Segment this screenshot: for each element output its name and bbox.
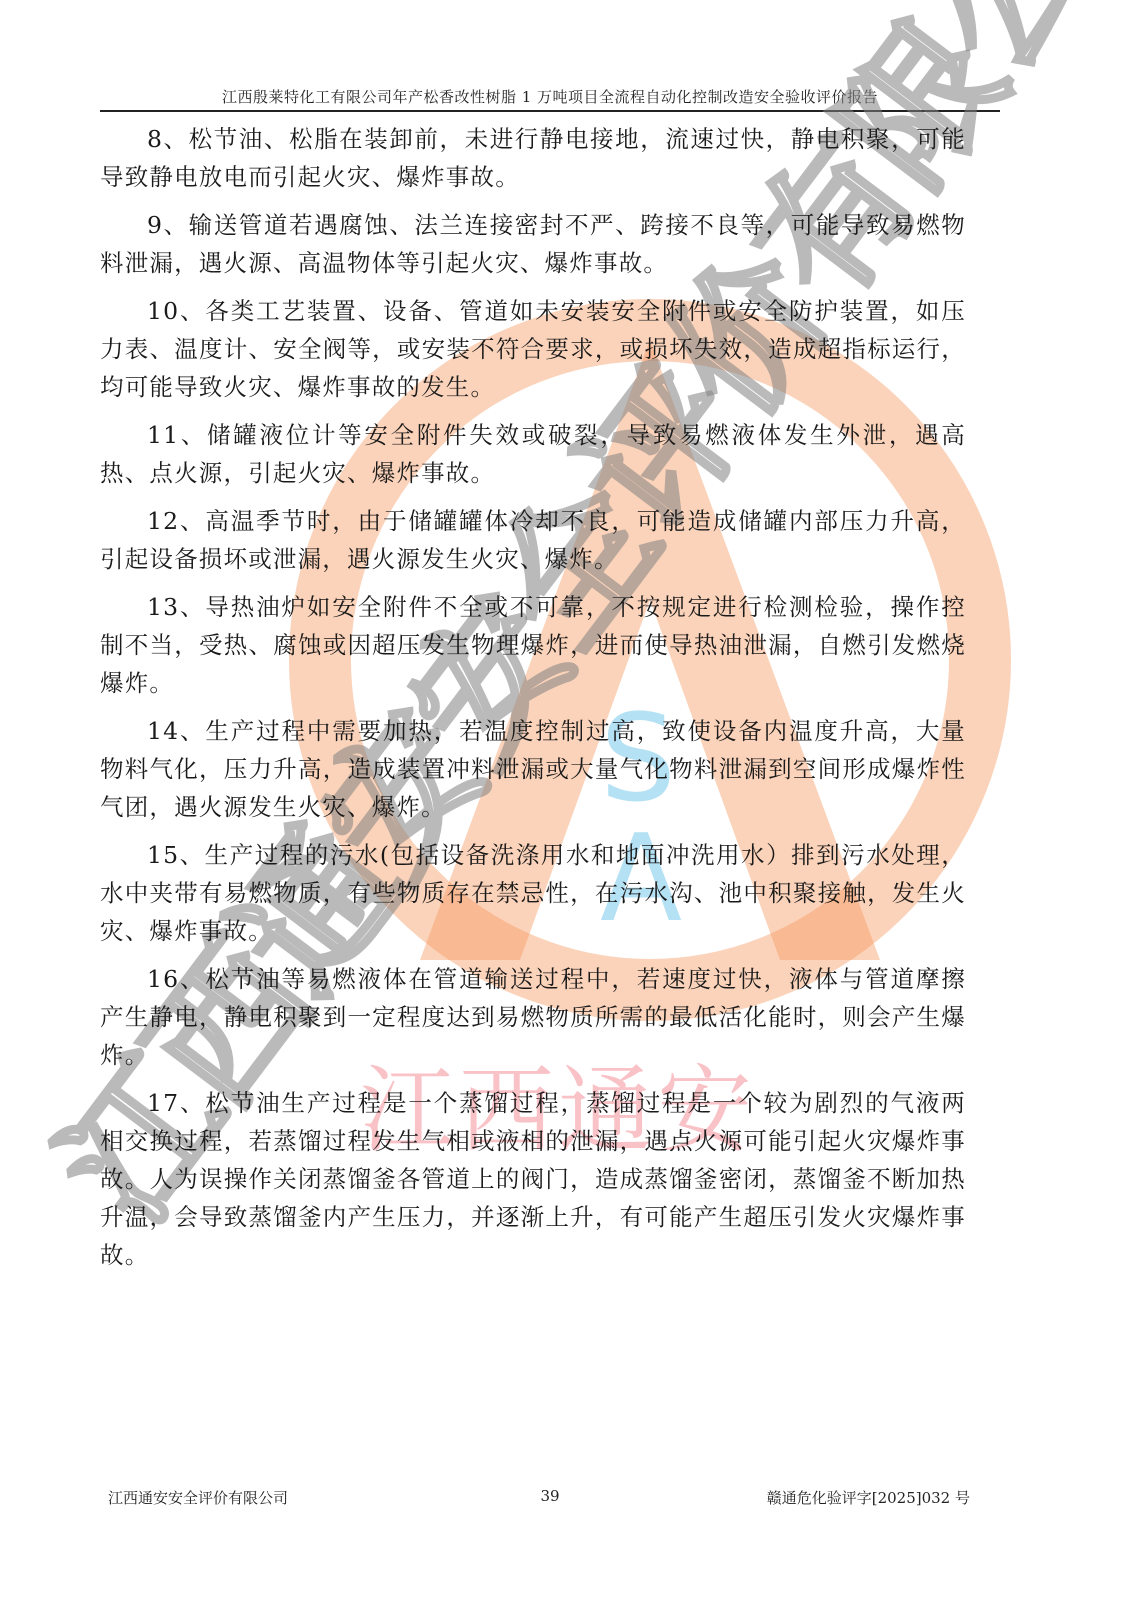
hazard-item-8: 8、松节油、松脂在装卸前，未进行静电接地，流速过快，静电积聚，可能导致静电放电而… — [100, 120, 966, 196]
hazard-item-11: 11、储罐液位计等安全附件失效或破裂，导致易燃液体发生外泄，遇高热、点火源，引起… — [100, 416, 966, 492]
page-header-title: 江西殷莱特化工有限公司年产松香改性树脂 1 万吨项目全流程自动化控制改造安全验收… — [100, 86, 1000, 107]
document-page: S A 江西通安安全评价有限公司 江西通安 江西殷莱特化工有限公司年产松香改性树… — [0, 0, 1132, 1600]
hazard-item-10: 10、各类工艺装置、设备、管道如未安装安全附件或安全防护装置，如压力表、温度计、… — [100, 292, 966, 406]
hazard-item-16: 16、松节油等易燃液体在管道输送过程中，若速度过快，液体与管道摩擦产生静电，静电… — [100, 960, 966, 1074]
hazard-item-17: 17、松节油生产过程是一个蒸馏过程，蒸馏过程是一个较为剧烈的气液两相交换过程，若… — [100, 1084, 966, 1274]
hazard-item-13: 13、导热油炉如安全附件不全或不可靠，不按规定进行检测检验，操作控制不当，受热、… — [100, 588, 966, 702]
header-divider — [100, 110, 1000, 112]
hazard-item-12: 12、高温季节时，由于储罐罐体冷却不良，可能造成储罐内部压力升高，引起设备损坏或… — [100, 502, 966, 578]
hazard-item-9: 9、输送管道若遇腐蚀、法兰连接密封不严、跨接不良等，可能导致易燃物料泄漏，遇火源… — [100, 206, 966, 282]
hazard-item-15: 15、生产过程的污水(包括设备洗涤用水和地面冲洗用水）排到污水处理，水中夹带有易… — [100, 836, 966, 950]
hazard-item-14: 14、生产过程中需要加热，若温度控制过高，致使设备内温度升高，大量物料气化，压力… — [100, 712, 966, 826]
footer-doc-number: 赣通危化验评字[2025]032 号 — [767, 1487, 970, 1508]
document-body: 8、松节油、松脂在装卸前，未进行静电接地，流速过快，静电积聚，可能导致静电放电而… — [100, 120, 966, 1284]
